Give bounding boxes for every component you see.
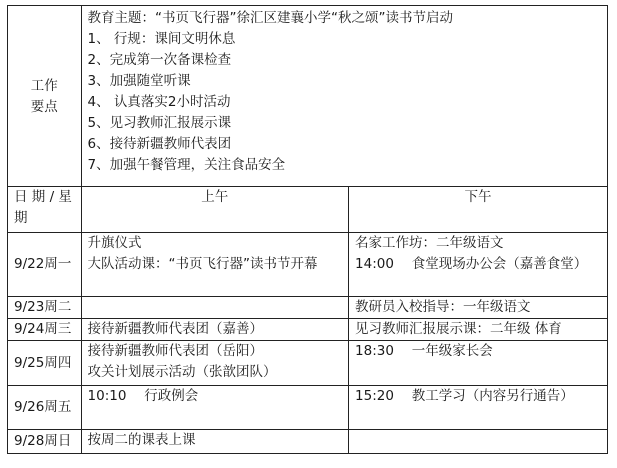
afternoon-cell: 18:30 一年级家长会 (349, 341, 608, 386)
table-row: 9/25周四 接待新疆教师代表团（岳阳） 攻关计划展示活动（张歆团队） 18:3… (8, 341, 608, 386)
morning-cell: 升旗仪式 大队活动课：“书页飞行器”读书节开幕 (81, 233, 348, 297)
work-point-item: 1、 行规：课间文明休息 (88, 29, 601, 50)
header-afternoon: 下午 (349, 187, 608, 233)
morning-cell: 接待新疆教师代表团（岳阳） 攻关计划展示活动（张歆团队） (81, 341, 348, 386)
table-row: 9/26周五 10:10 行政例会 15:20 教工学习（内容另行通告） (8, 386, 608, 430)
event: 接待新疆教师代表团（嘉善） (88, 319, 342, 340)
event: 教研员入校指导：一年级语文 (355, 297, 601, 318)
afternoon-cell: 教研员入校指导：一年级语文 (349, 297, 608, 319)
header-row: 日 期 / 星期 上午 下午 (8, 187, 608, 233)
event: 按周二的课表上课 (88, 430, 342, 451)
afternoon-cell (349, 430, 608, 454)
date-cell: 9/22周一 (8, 233, 82, 297)
work-point-item: 7、加强午餐管理，关注食品安全 (88, 155, 601, 176)
header-date: 日 期 / 星期 (8, 187, 82, 233)
header-morning: 上午 (81, 187, 348, 233)
event: 10:10 行政例会 (88, 386, 342, 407)
event: 接待新疆教师代表团（岳阳） (88, 341, 342, 362)
event: 18:30 一年级家长会 (355, 341, 601, 362)
label-line: 工作 (14, 76, 75, 97)
morning-cell: 接待新疆教师代表团（嘉善） (81, 319, 348, 341)
table-row: 9/28周日 按周二的课表上课 (8, 430, 608, 454)
date-cell: 9/25周四 (8, 341, 82, 386)
date-cell: 9/24周三 (8, 319, 82, 341)
afternoon-cell: 名家工作坊：二年级语文 14:00 食堂现场办公会（嘉善食堂） (349, 233, 608, 297)
morning-cell: 按周二的课表上课 (81, 430, 348, 454)
afternoon-cell: 见习教师汇报展示课：二年级 体育 (349, 319, 608, 341)
date-cell: 9/26周五 (8, 386, 82, 430)
header-date-text: 日 期 / 星期 (14, 187, 75, 229)
work-points-row: 工作 要点 教育主题：“书页飞行器”徐汇区建襄小学“秋之颂”读书节启动 1、 行… (8, 6, 608, 187)
event: 14:00 食堂现场办公会（嘉善食堂） (355, 254, 601, 275)
work-points-label: 工作 要点 (8, 6, 82, 187)
morning-cell (81, 297, 348, 319)
event: 升旗仪式 (88, 233, 342, 254)
weekly-schedule-table: 工作 要点 教育主题：“书页飞行器”徐汇区建襄小学“秋之颂”读书节启动 1、 行… (7, 5, 608, 454)
morning-cell: 10:10 行政例会 (81, 386, 348, 430)
work-point-theme: 教育主题：“书页飞行器”徐汇区建襄小学“秋之颂”读书节启动 (88, 8, 601, 29)
work-point-item: 6、接待新疆教师代表团 (88, 134, 601, 155)
afternoon-cell: 15:20 教工学习（内容另行通告） (349, 386, 608, 430)
work-point-item: 3、加强随堂听课 (88, 71, 601, 92)
work-point-item: 4、 认真落实2小时活动 (88, 92, 601, 113)
work-point-item: 5、见习教师汇报展示课 (88, 113, 601, 134)
event: 攻关计划展示活动（张歆团队） (88, 362, 342, 383)
work-point-item: 2、完成第一次备课检查 (88, 50, 601, 71)
event: 大队活动课：“书页飞行器”读书节开幕 (88, 254, 342, 275)
label-line: 要点 (14, 97, 75, 118)
date-cell: 9/28周日 (8, 430, 82, 454)
table-row: 9/22周一 升旗仪式 大队活动课：“书页飞行器”读书节开幕 名家工作坊：二年级… (8, 233, 608, 297)
event: 15:20 教工学习（内容另行通告） (355, 386, 601, 407)
event: 名家工作坊：二年级语文 (355, 233, 601, 254)
date-cell: 9/23周二 (8, 297, 82, 319)
table-row: 9/24周三 接待新疆教师代表团（嘉善） 见习教师汇报展示课：二年级 体育 (8, 319, 608, 341)
table-row: 9/23周二 教研员入校指导：一年级语文 (8, 297, 608, 319)
event: 见习教师汇报展示课：二年级 体育 (355, 319, 601, 340)
work-points-list: 教育主题：“书页飞行器”徐汇区建襄小学“秋之颂”读书节启动 1、 行规：课间文明… (81, 6, 607, 187)
